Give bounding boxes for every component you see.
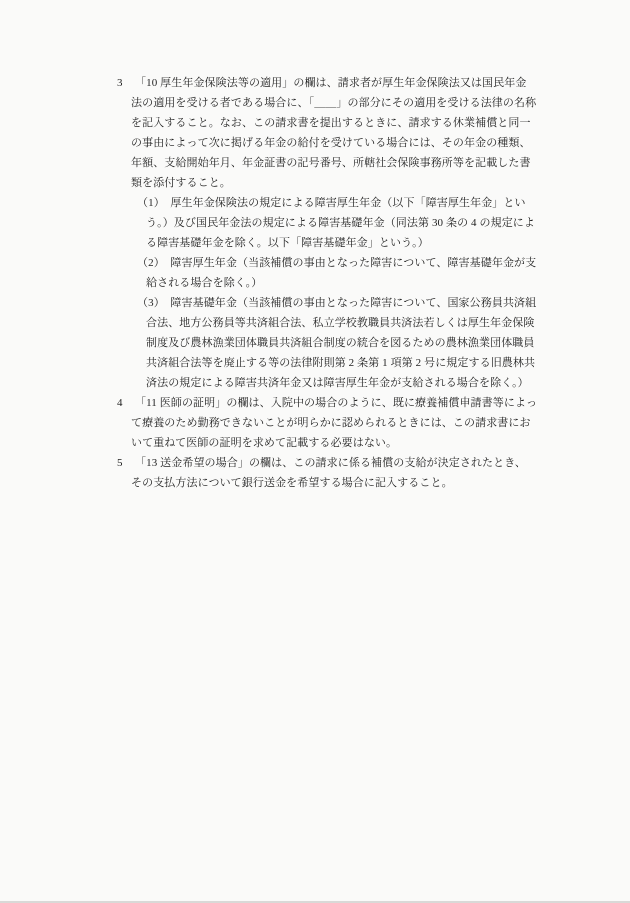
- item-3-subitem-2: （2） 障害厚生年金（当該補償の事由となった障害について、障害基礎年金が支 給さ…: [117, 253, 577, 293]
- item-3-paragraph: 「10 厚生年金保険法等の適用」の欄は、請求者が厚生年金保険法又は国民年金 法の…: [117, 73, 577, 193]
- instruction-item-5: 5 「13 送金希望の場合」の欄は、この請求に係る補償の支給が決定されたとき、 …: [117, 453, 577, 493]
- item-5-number: 5: [117, 453, 129, 473]
- item-5-paragraph: 「13 送金希望の場合」の欄は、この請求に係る補償の支給が決定されたとき、 その…: [117, 453, 577, 493]
- item-3-subitem-1: （1） 厚生年金保険法の規定による障害厚生年金（以下「障害厚生年金」とい う。）…: [117, 193, 577, 253]
- instruction-item-4: 4 「11 医師の証明」の欄は、入院中の場合のように、既に療養補償申請書等によっ…: [117, 393, 577, 453]
- item-4-paragraph: 「11 医師の証明」の欄は、入院中の場合のように、既に療養補償申請書等によっ て…: [117, 393, 577, 453]
- item-3-number: 3: [117, 73, 129, 93]
- instruction-item-3: 3 「10 厚生年金保険法等の適用」の欄は、請求者が厚生年金保険法又は国民年金 …: [117, 73, 577, 393]
- form-instructions-text: 3 「10 厚生年金保険法等の適用」の欄は、請求者が厚生年金保険法又は国民年金 …: [117, 73, 577, 493]
- document-page: 3 「10 厚生年金保険法等の適用」の欄は、請求者が厚生年金保険法又は国民年金 …: [0, 0, 630, 903]
- item-3-subitem-3: （3） 障害基礎年金（当該補償の事由となった障害について、国家公務員共済組 合法…: [117, 293, 577, 393]
- item-4-number: 4: [117, 393, 129, 413]
